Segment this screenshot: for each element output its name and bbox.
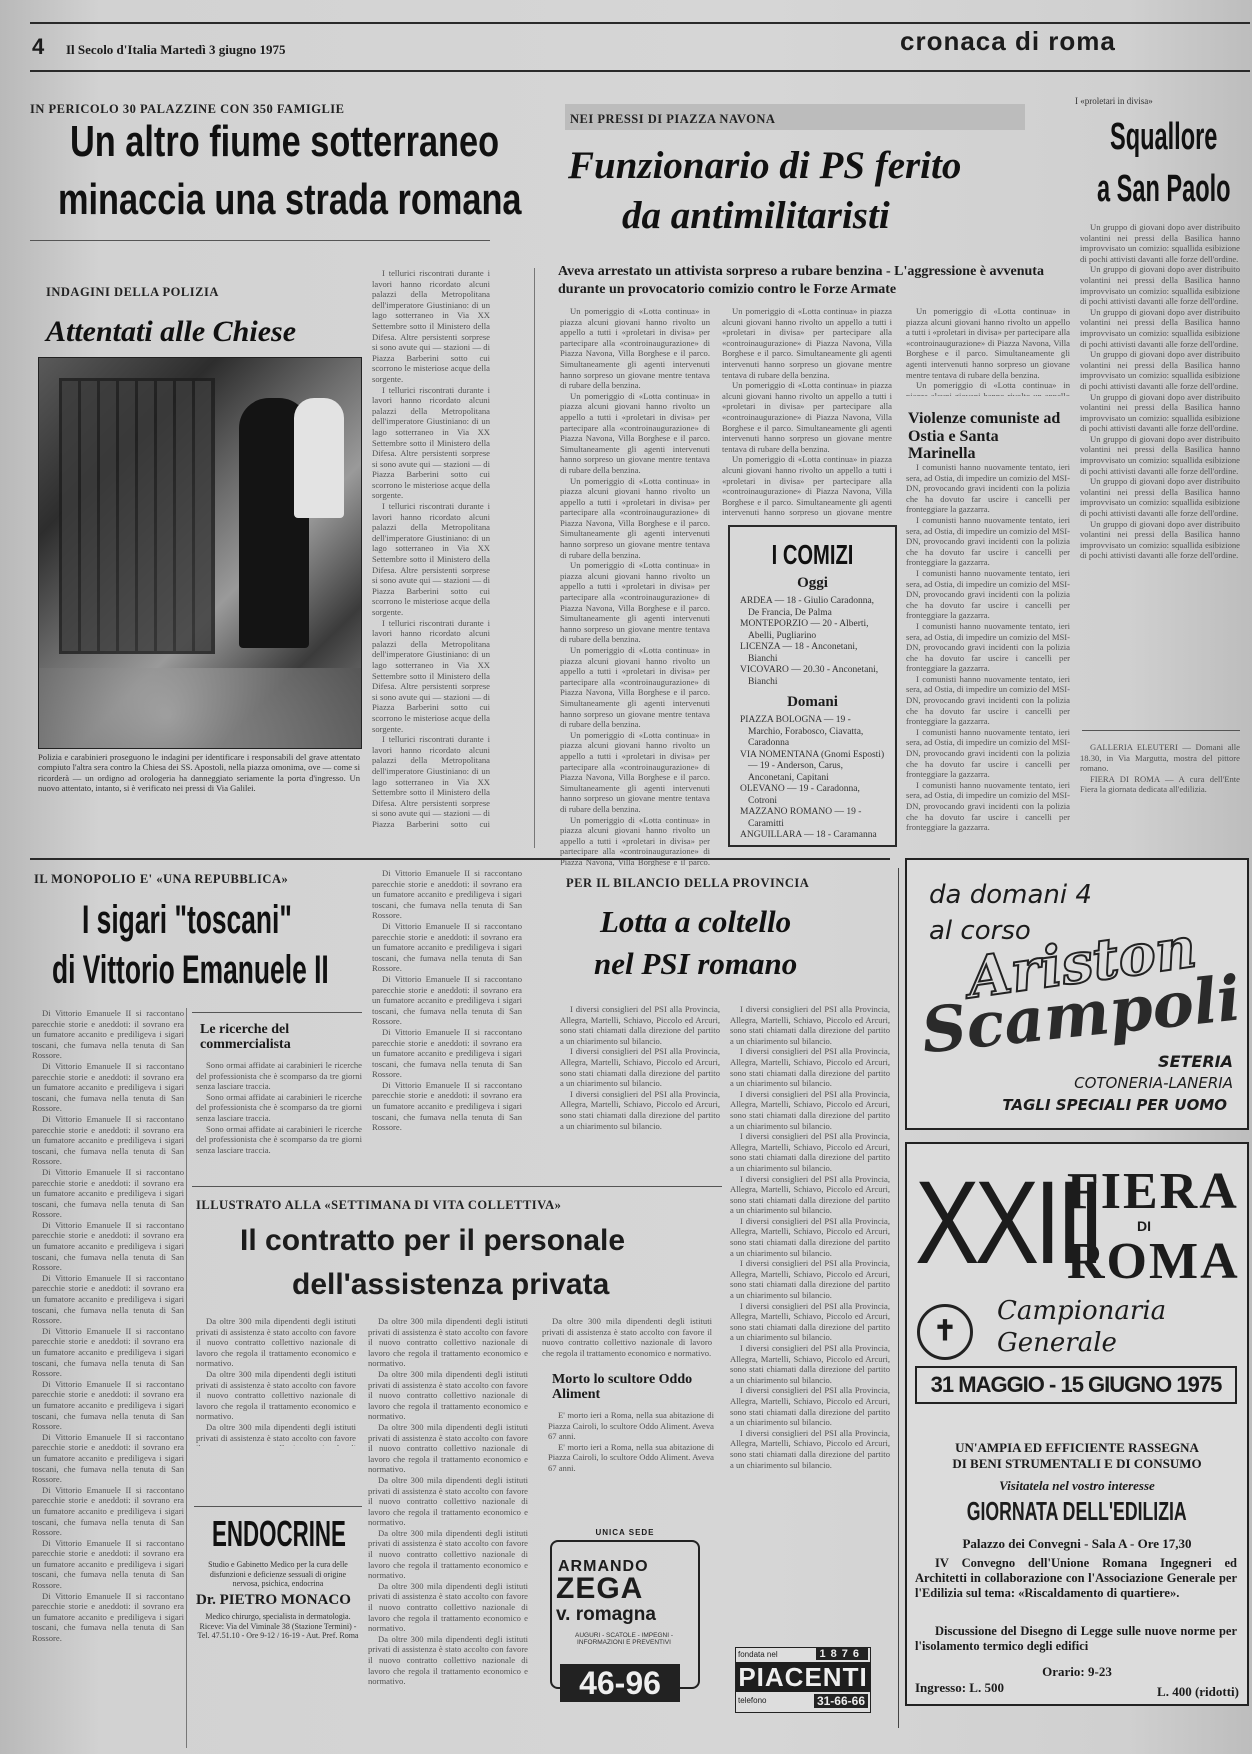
photo-floor [39,668,361,748]
column-rule [534,268,535,848]
squallore-body: Un gruppo di giovani dopo aver distribui… [1080,222,1240,670]
fiume-headline-2: minaccia una strada romana [58,178,522,222]
comizi-tomorrow-list: PIAZZA BOLOGNA — 19 - Marchio, Forabosco… [730,711,895,846]
sigari-body-text: Di Vittorio Emanuele II si raccontano pa… [372,921,522,974]
column-rule [186,1008,187,1748]
scultore-body-text: E' morto ieri a Roma, nella sua abitazio… [548,1442,714,1474]
psi-body-text: I diversi consiglieri del PSI alla Provi… [730,1258,890,1300]
page-number: 4 [32,34,44,60]
contratto-body-text: Da oltre 300 mila dipendenti degli istit… [368,1369,528,1422]
comizi-item: ARDEA — 18 - Giulio Caradonna, De Franci… [740,596,885,619]
psi-body-col2: I diversi consiglieri del PSI alla Provi… [730,1004,890,1744]
psi-kicker: PER IL BILANCIO DELLA PROVINCIA [566,876,809,891]
funzionario-body-text: Un pomeriggio di «Lotta continua» in pia… [560,476,710,561]
comizi-item: VIA NOMENTANA (Gnomi Esposti) — 19 - And… [740,750,885,785]
fiera-desc2: Discussione del Disegno di Legge sulle n… [915,1624,1237,1654]
funzionario-body-text: Un pomeriggio di «Lotta continua» in pia… [722,454,892,516]
ariston-line4: COTONERIA-LANERIA [1074,1074,1233,1092]
funzionario-headline-1: Funzionario di PS ferito [568,146,961,187]
sigari-body-text: Di Vittorio Emanuele II si raccontano pa… [32,1220,184,1273]
piacenti-ad: fondata nel 1876 PIACENTI telefono 31-66… [735,1647,871,1713]
church-photo [38,357,362,749]
fiera-title1: FIERA [1067,1166,1239,1218]
psi-body-text: I diversi consiglieri del PSI alla Provi… [730,1343,890,1385]
comizi-today-list: ARDEA — 18 - Giulio Caradonna, De Franci… [730,592,895,692]
psi-body-text: I diversi consiglieri del PSI alla Provi… [560,1089,720,1131]
funzionario-body-text: Un pomeriggio di «Lotta continua» in pia… [560,730,710,815]
violenze-body: I comunisti hanno nuovamente tentato, ie… [906,462,1070,852]
squallore-body-text: Un gruppo di giovani dopo aver distribui… [1080,434,1240,476]
psi-body-col1: I diversi consiglieri del PSI alla Provi… [560,1004,720,1180]
piacenti-name: PIACENTI [736,1662,870,1692]
zega-info: AUGURI - SCATOLE - IMPEGNI - INFORMAZION… [558,1632,690,1646]
divider [30,240,490,241]
squallore-body-text: Un gruppo di giovani dopo aver distribui… [1080,392,1240,434]
violenze-body-text: I comunisti hanno nuovamente tentato, ie… [906,674,1070,727]
fiera-invite: Visitatela nel vostro interesse [907,1478,1247,1494]
ricerche-body: Sono ormai affidate ai carabinieri le ri… [196,1060,362,1170]
endocrine-desc: Studio e Gabinetto Medico per la cura de… [196,1560,360,1589]
funzionario-kicker: NEI PRESSI DI PIAZZA NAVONA [570,112,775,127]
funzionario-body-text: Un pomeriggio di «Lotta continua» in pia… [722,306,892,380]
scultore-headline: Morto lo scultore Oddo Aliment [552,1372,702,1403]
sigari-body-text: Di Vittorio Emanuele II si raccontano pa… [32,1008,184,1061]
fiera-tagline1: UN'AMPIA ED EFFICIENTE RASSEGNA [907,1440,1247,1456]
funzionario-body-text: Un pomeriggio di «Lotta continua» in pia… [560,306,710,391]
chiese-headline: Attentati alle Chiese [46,316,296,348]
ricerche-body-text: Sono ormai affidate ai carabinieri le ri… [196,1092,362,1124]
fiera-hours: Orario: 9-23 [907,1664,1247,1680]
sigari-body-text: Di Vittorio Emanuele II si raccontano pa… [372,974,522,1027]
fiera-title3: ROMA [1067,1236,1240,1288]
contratto-body-text: Da oltre 300 mila dipendenti degli istit… [368,1475,528,1528]
psi-body-text: I diversi consiglieri del PSI alla Provi… [730,1131,890,1173]
divider [192,1186,722,1187]
piacenti-year: 1876 [816,1648,868,1660]
ariston-ad: da domani 4 al corso Ariston Scampoli SE… [905,858,1249,1130]
fiera-subtitle2: Generale [997,1328,1117,1358]
note-fiera: FIERA DI ROMA — A cura dell'Ente Fiera l… [1080,774,1240,795]
comizi-item: PIAZZA BOLOGNA — 19 - Marchio, Forabosco… [740,715,885,750]
sigari-body-text: Di Vittorio Emanuele II si raccontano pa… [32,1591,184,1644]
contratto-body-text: Da oltre 300 mila dipendenti degli istit… [368,1528,528,1581]
psi-body-text: I diversi consiglieri del PSI alla Provi… [730,1216,890,1258]
psi-body-text: I diversi consiglieri del PSI alla Provi… [730,1174,890,1216]
comizi-item: MAZZANO ROMANO — 19 - Caramitti [740,807,885,830]
divider [194,1506,362,1507]
chiese-kicker: INDAGINI DELLA POLIZIA [46,285,219,300]
fiera-reduced: L. 400 (ridotti) [1157,1684,1239,1700]
piacenti-phone: 31-66-66 [814,1694,868,1708]
fiume-body-text: I tellurici riscontrati durante i lavori… [372,618,490,735]
fiume-body-text: I tellurici riscontrati durante i lavori… [372,734,490,828]
ariston-line5: TAGLI SPECIALI PER UOMO [1002,1096,1227,1114]
zega-ad: UNICA SEDE ARMANDO ZEGA v. romagna AUGUR… [546,1528,704,1708]
sigari-body-text: Di Vittorio Emanuele II si raccontano pa… [372,868,522,921]
fiera-ad: XXIII FIERA DI ROMA ✝ Campionaria Genera… [905,1142,1249,1706]
funzionario-deck: Aveva arrestato un attivista sorpreso a … [558,263,1063,298]
squallore-headline-1: Squallore [1110,118,1217,156]
fiume-body: I tellurici riscontrati durante i lavori… [372,268,490,828]
squallore-kicker: I «proletari in divisa» [1075,96,1153,106]
fiera-title2: DI [1137,1218,1151,1234]
contratto-headline-2: dell'assistenza privata [292,1268,609,1302]
zega-top: UNICA SEDE [546,1528,704,1537]
ariston-line3: SETERIA [1158,1052,1233,1071]
ricerche-headline: Le ricerche del commercialista [200,1022,360,1053]
funzionario-body-text: Un pomeriggio di «Lotta continua» in pia… [560,645,710,730]
psi-body-text: I diversi consiglieri del PSI alla Provi… [730,1428,890,1470]
squallore-body-text: Un gruppo di giovani dopo aver distribui… [1080,519,1240,561]
note-galleria: GALLERIA ELEUTERI — Domani alle 18.30, i… [1080,742,1240,774]
fiera-event: GIORNATA DELL'EDILIZIA [967,1496,1187,1527]
sigari-body-text: Di Vittorio Emanuele II si raccontano pa… [32,1326,184,1379]
sigari-body-text: Di Vittorio Emanuele II si raccontano pa… [32,1273,184,1326]
comizi-box: I COMIZI Oggi ARDEA — 18 - Giulio Carado… [728,525,897,847]
comizi-item: ANGUILLARA — 18 - Caramanna [740,830,885,842]
psi-body-text: I diversi consiglieri del PSI alla Provi… [730,1046,890,1088]
zega-phone: 46-96 [560,1664,680,1702]
sigari-body-text: Di Vittorio Emanuele II si raccontano pa… [32,1061,184,1114]
contratto-body-text: Da oltre 300 mila dipendenti degli istit… [368,1316,528,1369]
violenze-body-text: I comunisti hanno nuovamente tentato, ie… [906,780,1070,833]
squallore-body-text: Un gruppo di giovani dopo aver distribui… [1080,264,1240,306]
contratto-kicker: ILLUSTRATO ALLA «SETTIMANA DI VITA COLLE… [196,1198,561,1213]
contratto-body-text: Da oltre 300 mila dipendenti degli istit… [368,1581,528,1634]
section-name: cronaca di roma [900,26,1116,57]
squallore-body-text: Un gruppo di giovani dopo aver distribui… [1080,349,1240,391]
header-rule-top [30,22,1250,24]
comizi-item: OLEVANO — 19 - Caradonna, Cotroni [740,784,885,807]
squallore-body-text: Un gruppo di giovani dopo aver distribui… [1080,222,1240,264]
ricerche-body-text: Sono ormai affidate ai carabinieri le ri… [196,1124,362,1156]
funzionario-body-col1: Un pomeriggio di «Lotta continua» in pia… [560,306,710,866]
fiera-event-wrap: GIORNATA DELL'EDILIZIA [907,1496,1247,1527]
violenze-body-text: I comunisti hanno nuovamente tentato, ie… [906,462,1070,515]
psi-body-text: I diversi consiglieri del PSI alla Provi… [730,1089,890,1131]
funzionario-body-text: Un pomeriggio di «Lotta continua» in pia… [560,560,710,645]
psi-body-text: I diversi consiglieri del PSI alla Provi… [730,1004,890,1046]
comizi-today-label: Oggi [730,575,895,592]
squallore-body-text: Un gruppo di giovani dopo aver distribui… [1080,307,1240,349]
sigari-kicker: IL MONOPOLIO E' «UNA REPUBBLICA» [34,872,288,887]
psi-body-text: I diversi consiglieri del PSI alla Provi… [560,1004,720,1046]
fiera-entry: Ingresso: L. 500 [915,1680,1004,1696]
divider [1082,730,1240,731]
contratto-body-text: Da oltre 300 mila dipendenti degli istit… [368,1422,528,1475]
comizi-item: VICOVARO — 20.30 - Anconetani, Bianchi [740,665,885,688]
psi-body-text: I diversi consiglieri del PSI alla Provi… [730,1385,890,1427]
violenze-body-text: I comunisti hanno nuovamente tentato, ie… [906,621,1070,674]
contratto-body-text: Da oltre 300 mila dipendenti degli istit… [542,1316,712,1358]
piacenti-founded-label: fondata nel [738,1650,778,1659]
endocrine-doctor: Dr. PIETRO MONACO [196,1592,351,1609]
funzionario-headline-2: da antimilitaristi [622,196,890,237]
endocrine-title: ENDOCRINE [212,1516,346,1552]
psi-body-text: I diversi consiglieri del PSI alla Provi… [730,1301,890,1343]
sigari-headline-2: di Vittorio Emanuele II [52,950,329,990]
sigari-body-text: Di Vittorio Emanuele II si raccontano pa… [372,1080,522,1133]
piacenti-phone-label: telefono [738,1696,766,1705]
psi-body-text: I diversi consiglieri del PSI alla Provi… [560,1046,720,1088]
ariston-line1: da domani 4 [929,880,1092,910]
photo-figure [294,398,344,518]
contratto-body-text: Da oltre 300 mila dipendenti degli istit… [196,1369,356,1422]
sigari-body-text: Di Vittorio Emanuele II si raccontano pa… [32,1114,184,1167]
fiera-logo-icon: ✝ [917,1304,973,1360]
funzionario-body-col2: Un pomeriggio di «Lotta continua» in pia… [722,306,892,516]
funzionario-body-col3: Un pomeriggio di «Lotta continua» in pia… [906,306,1070,396]
fiera-desc1: IV Convegno dell'Unione Romana Ingegneri… [915,1556,1237,1601]
zega-street: v. romagna [556,1604,656,1626]
fiera-dates: 31 MAGGIO - 15 GIUGNO 1975 [915,1366,1237,1404]
contratto-body-text: Da oltre 300 mila dipendenti degli istit… [196,1316,356,1369]
squallore-body-text: Un gruppo di giovani dopo aver distribui… [1080,476,1240,518]
sigari-body-text: Di Vittorio Emanuele II si raccontano pa… [32,1379,184,1432]
psi-headline-2: nel PSI romano [594,948,797,981]
squallore-headline-2: a San Paolo [1097,170,1231,208]
comizi-title: I COMIZI [753,541,872,569]
fiera-subtitle1: Campionaria [997,1296,1166,1326]
chiese-caption: Polizia e carabinieri proseguono le inda… [38,752,360,847]
contratto-body-text: Da oltre 300 mila dipendenti degli istit… [368,1634,528,1687]
violenze-body-text: I comunisti hanno nuovamente tentato, ie… [906,568,1070,621]
fiera-tagline2: DI BENI STRUMENTALI E DI CONSUMO [907,1456,1247,1472]
divider-mid [30,858,890,860]
sigari-body-text: Di Vittorio Emanuele II si raccontano pa… [32,1485,184,1538]
header-rule-bottom [30,70,1250,72]
sigari-body: Di Vittorio Emanuele II si raccontano pa… [32,1008,184,1748]
comizi-item: MONTEPORZIO — 20 - Alberti, Abelli, Pugl… [740,619,885,642]
sigari-headline-1: I sigari "toscani" [82,900,292,940]
fiume-body-text: I tellurici riscontrati durante i lavori… [372,268,490,385]
violenze-headline: Violenze comuniste ad Ostia e Santa Mari… [908,410,1068,463]
ricerche-body-text: Sono ormai affidate ai carabinieri le ri… [196,1060,362,1092]
endocrine-details: Medico chirurgo, specialista in dermatol… [196,1612,360,1641]
scultore-body-text: E' morto ieri a Roma, nella sua abitazio… [548,1410,714,1442]
fiume-body-text: I tellurici riscontrati durante i lavori… [372,501,490,618]
column-rule [898,868,899,1728]
sigari-body-text: Di Vittorio Emanuele II si raccontano pa… [32,1538,184,1591]
fiera-venue: Palazzo dei Convegni - Sala A - Ore 17,3… [907,1536,1247,1552]
sigari-body-text: Di Vittorio Emanuele II si raccontano pa… [32,1167,184,1220]
contratto-body-col1: Da oltre 300 mila dipendenti degli istit… [196,1316,356,1446]
zega-name2: ZEGA [556,1572,643,1606]
fiume-headline-1: Un altro fiume sotterraneo [70,120,499,164]
divider [192,1012,362,1013]
violenze-body-text: I comunisti hanno nuovamente tentato, ie… [906,515,1070,568]
fiume-kicker: IN PERICOLO 30 PALAZZINE CON 350 FAMIGLI… [30,102,345,117]
sigari-body-text: Di Vittorio Emanuele II si raccontano pa… [32,1432,184,1485]
comizi-tomorrow-label: Domani [730,694,895,711]
contratto-body-text: Da oltre 300 mila dipendenti degli istit… [196,1422,356,1446]
psi-headline-1: Lotta a coltello [600,906,791,939]
contratto-headline-1: Il contratto per il personale [240,1224,625,1258]
funzionario-body-text: Un pomeriggio di «Lotta continua» in pia… [722,380,892,454]
funzionario-body-text: Un pomeriggio di «Lotta continua» in pia… [906,306,1070,380]
sigari-body-col3: Di Vittorio Emanuele II si raccontano pa… [372,868,522,1178]
violenze-body-text: I comunisti hanno nuovamente tentato, ie… [906,727,1070,780]
scultore-body: E' morto ieri a Roma, nella sua abitazio… [548,1410,714,1500]
squallore-notes: GALLERIA ELEUTERI — Domani alle 18.30, i… [1080,742,1240,842]
fiume-body-text: I tellurici riscontrati durante i lavori… [372,385,490,502]
contratto-body-col2: Da oltre 300 mila dipendenti degli istit… [368,1316,528,1706]
funzionario-body-text: Un pomeriggio di «Lotta continua» in pia… [560,391,710,476]
comizi-item: LICENZA — 18 - Anconetani, Bianchi [740,642,885,665]
contratto-body-col3: Da oltre 300 mila dipendenti degli istit… [542,1316,712,1358]
masthead: Il Secolo d'Italia Martedì 3 giugno 1975 [66,42,286,58]
sigari-body-text: Di Vittorio Emanuele II si raccontano pa… [372,1027,522,1080]
photo-door [59,378,215,654]
funzionario-body-text: Un pomeriggio di «Lotta continua» in pia… [906,380,1070,396]
